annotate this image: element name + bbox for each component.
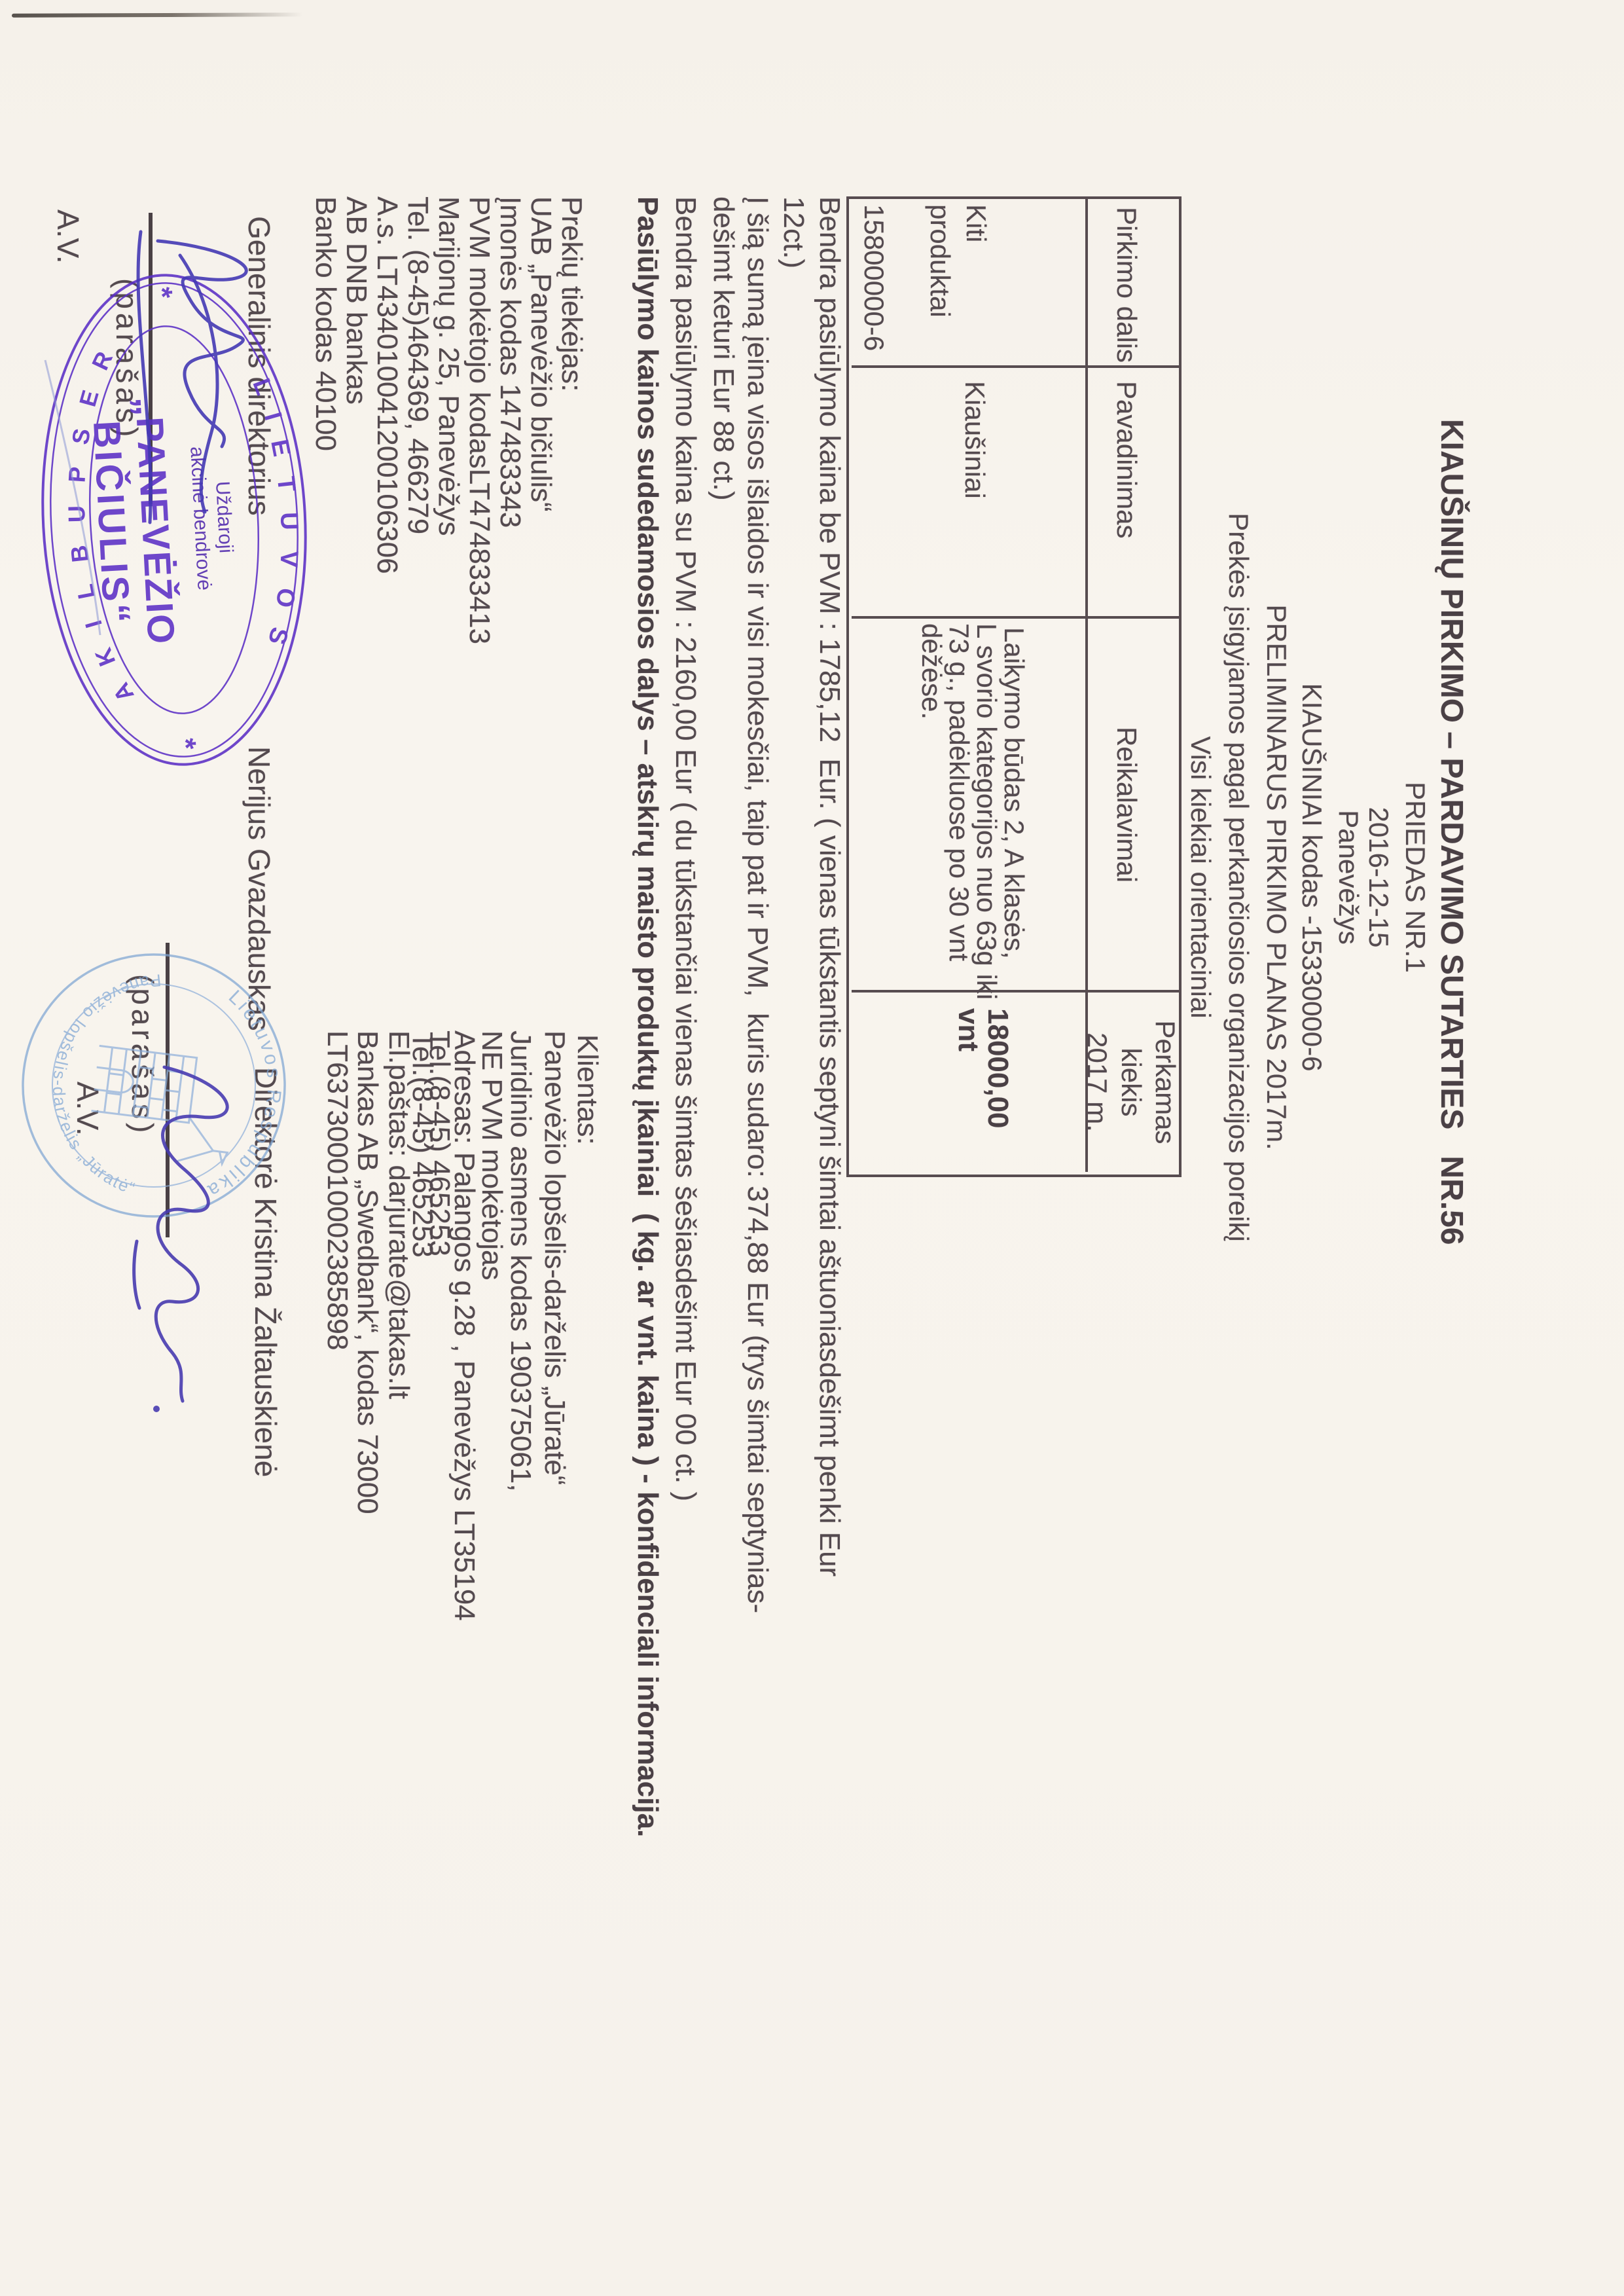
table-col-divider-1 — [852, 365, 1182, 368]
cell-pirkimo-dalis-code: 15800000-6 — [859, 204, 889, 351]
supplier-vat-code: PVM mokėtojo kodasLT474833413 — [463, 196, 495, 644]
client-signature-ink — [125, 1045, 256, 1425]
subtitle-cpv-code: KIAUŠINIAI kodas -15330000-6 — [1297, 223, 1327, 1532]
subtitle-note2: Visi kiekiai orientaciniai — [1185, 223, 1216, 1532]
supplier-name: UAB „Panevėžio bičiulis“ — [525, 196, 556, 512]
client-email: El.paštas: darjurate@takas.lt — [383, 1030, 414, 1399]
confidentiality-line: Pasiūlymo kainos sudedamosios dalys – at… — [632, 196, 663, 1837]
supplier-heading: Prekių tiekėjas: — [556, 196, 587, 392]
document-title: KIAUŠINIŲ PIRKIMO – PARDAVIMO SUTARTIES … — [1434, 419, 1468, 1245]
subtitle-city: Panevėžys — [1333, 223, 1363, 1532]
rotated-document: KIAUŠINIŲ PIRKIMO – PARDAVIMO SUTARTIES … — [0, 0, 1624, 2296]
supplier-stamp-star-right: * — [170, 737, 202, 751]
table-header-pirkimo-dalis: Pirkimo dalis — [1111, 207, 1142, 363]
supplier-company-code: Įmonės kodas 147483343 — [494, 196, 526, 528]
subtitle-priedas: PRIEDAS NR.1 — [1400, 223, 1430, 1532]
supplier-address: Marijonų g. 25, Panevėžys — [433, 196, 464, 536]
cell-pirkimo-dalis-line1: Kiti — [961, 204, 991, 242]
cell-reikalavimai-line3: 73 g., padėkluose po 30 vnt — [944, 623, 974, 961]
supplier-signature-ink — [112, 216, 295, 543]
cell-kiekis-value: 18000,00 — [982, 1008, 1013, 1129]
subtitle-plan: PRELIMINARUS PIRKIMO PLANAS 2017m. — [1261, 223, 1291, 1532]
table-header-reikalavimai: Reikalavimai — [1111, 619, 1142, 990]
client-name: Panevėžio lopšelis-darželis „Jūratė“ — [539, 1030, 570, 1485]
client-bank: Bankas AB „Swedbank“, kodas 73000 — [352, 1030, 383, 1514]
cell-kiekis-unit: vnt — [952, 1008, 984, 1051]
client-heading: Klientas: — [571, 1034, 603, 1145]
table-header-kiekis: kiekis — [1116, 993, 1146, 1172]
subtitle-note1: Prekės įsigyjamos pagal perkančiosios or… — [1223, 223, 1254, 1532]
cell-reikalavimai-line2: L svorio kategorijos nuo 63g iki — [971, 623, 1001, 1000]
table-header-pavadinimas: Pavadinimas — [1111, 381, 1142, 538]
table-header-perkamas: Perkamas — [1150, 993, 1180, 1172]
table-header-2017m: 2017 m. — [1082, 993, 1112, 1172]
supplier-bank-code: Banko kodas 40100 — [310, 196, 341, 451]
supplier-account: A.s. LT434010041200106306 — [371, 196, 403, 574]
price-paragraph-line5: Bendra pasiūlymo kaina su PVM : 2160,00 … — [670, 196, 701, 1501]
cell-reikalavimai-line1: Laikymo būdas 2, A klasės, — [999, 627, 1029, 959]
price-paragraph-line2: 12ct.) — [778, 196, 809, 268]
cell-reikalavimai-line4: dėžėse. — [916, 623, 947, 720]
scanned-contract-page: KIAUŠINIŲ PIRKIMO – PARDAVIMO SUTARTIES … — [0, 0, 1624, 2296]
stray-pen-stroke — [40, 354, 105, 642]
av-label-left: A.V. — [51, 210, 84, 264]
cell-pirkimo-dalis-line2: produktai — [925, 204, 955, 318]
price-paragraph-line4: dešimt keturi Eur 88 ct.) — [708, 196, 739, 501]
price-paragraph-line1: Bendra pasiūlymo kaina be PVM : 1785,12 … — [814, 196, 845, 1576]
client-iban: LT637300010002385898 — [321, 1030, 353, 1351]
supplier-bank: AB DNB bankas — [340, 196, 372, 405]
client-legal-code: Juridinio asmens kodas 190375061, — [505, 1030, 536, 1491]
table-col-divider-2 — [852, 616, 1182, 619]
price-paragraph-line3: Į šią sumą įeina visos išlaidos ir visi … — [742, 196, 773, 1613]
supplier-phone: Tel. (8-45)464369, 466279 — [402, 196, 433, 534]
subtitle-date: 2016-12-15 — [1363, 223, 1394, 1532]
cell-pavadinimas: Kiaušiniai — [960, 381, 990, 499]
